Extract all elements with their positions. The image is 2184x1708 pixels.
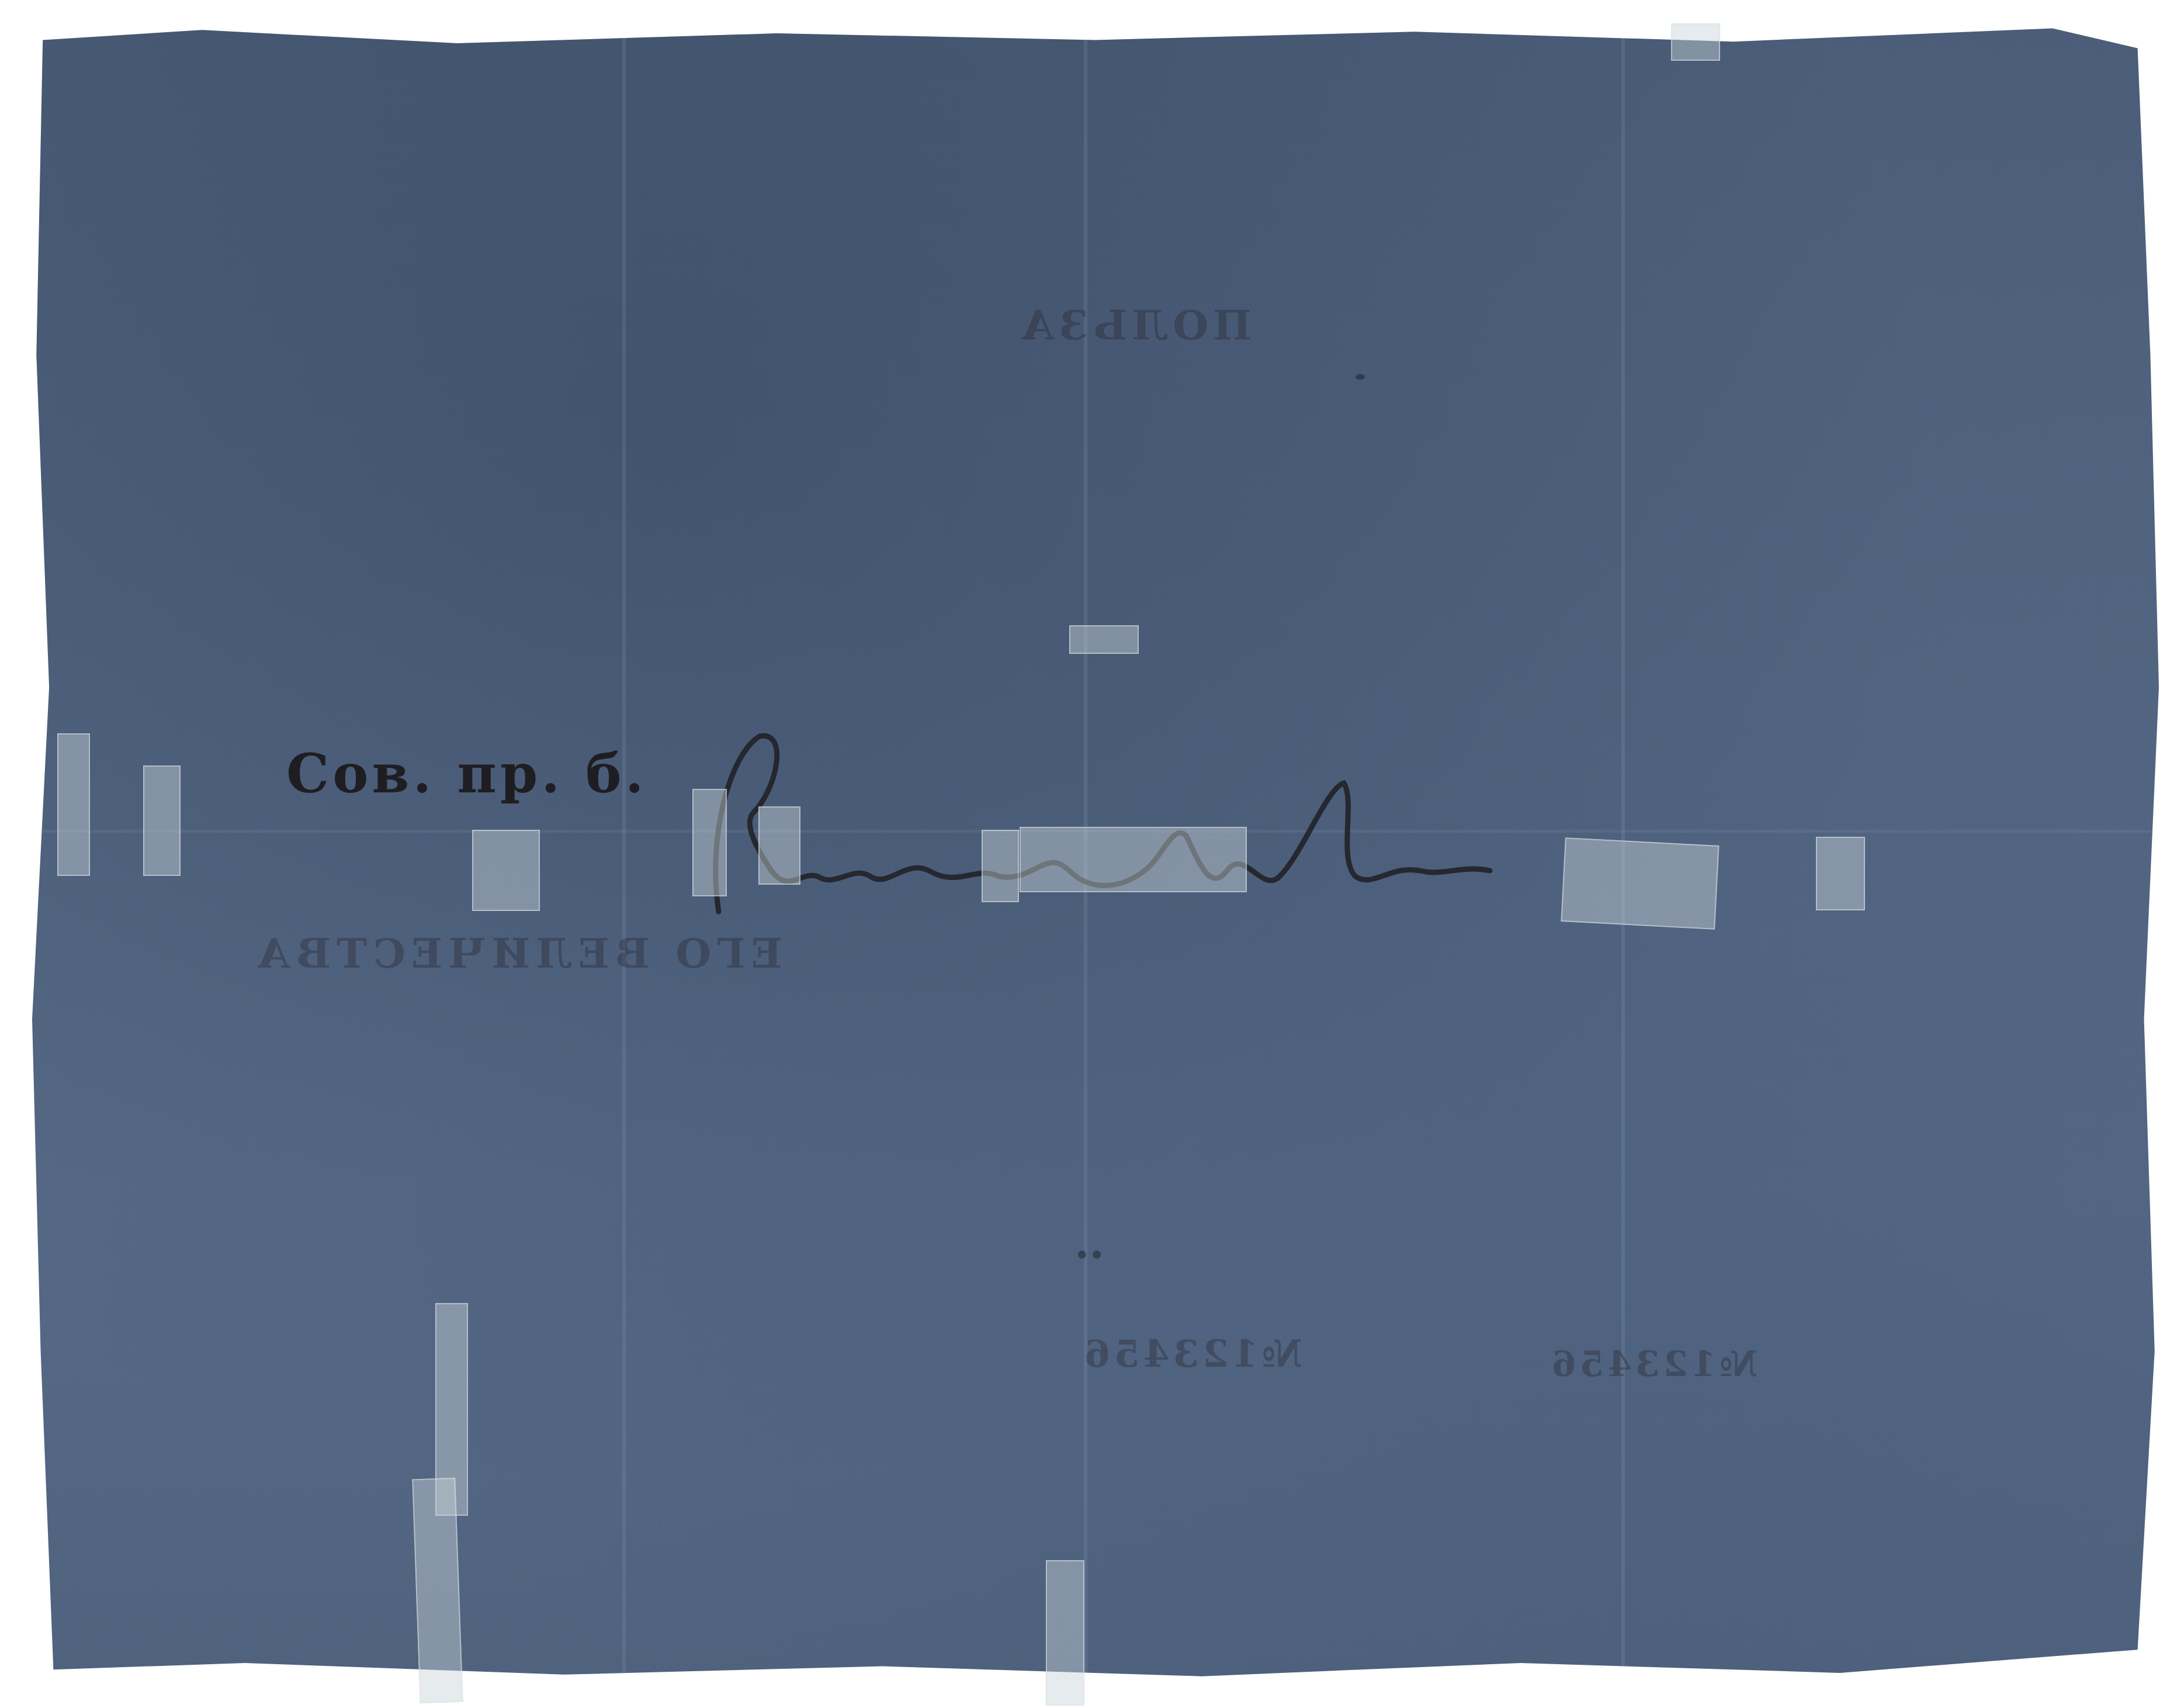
ink-stain xyxy=(1078,1250,1086,1259)
repair-tape xyxy=(758,806,800,885)
repair-tape xyxy=(143,765,181,876)
repair-tape xyxy=(57,733,90,876)
repair-tape xyxy=(412,1478,463,1703)
stamp-text: Сов. пр. б. xyxy=(286,742,647,805)
repair-tape xyxy=(692,789,727,896)
repair-tape xyxy=(1561,837,1719,930)
show-through-text: ПОЛЬЗА xyxy=(1017,301,1252,349)
repair-tape xyxy=(1046,1560,1084,1706)
repair-tape xyxy=(472,830,540,911)
show-through-number: №123456 xyxy=(1548,1344,1757,1385)
repair-tape xyxy=(1069,625,1139,654)
ink-stain xyxy=(1093,1250,1101,1259)
show-through-number: №123456 xyxy=(1081,1332,1302,1376)
repair-tape xyxy=(1816,837,1865,910)
fold-line-vertical xyxy=(622,23,626,1683)
repair-tape xyxy=(1020,827,1247,892)
repair-tape xyxy=(982,830,1019,902)
ink-stain xyxy=(1356,374,1365,380)
repair-tape xyxy=(1671,23,1720,61)
